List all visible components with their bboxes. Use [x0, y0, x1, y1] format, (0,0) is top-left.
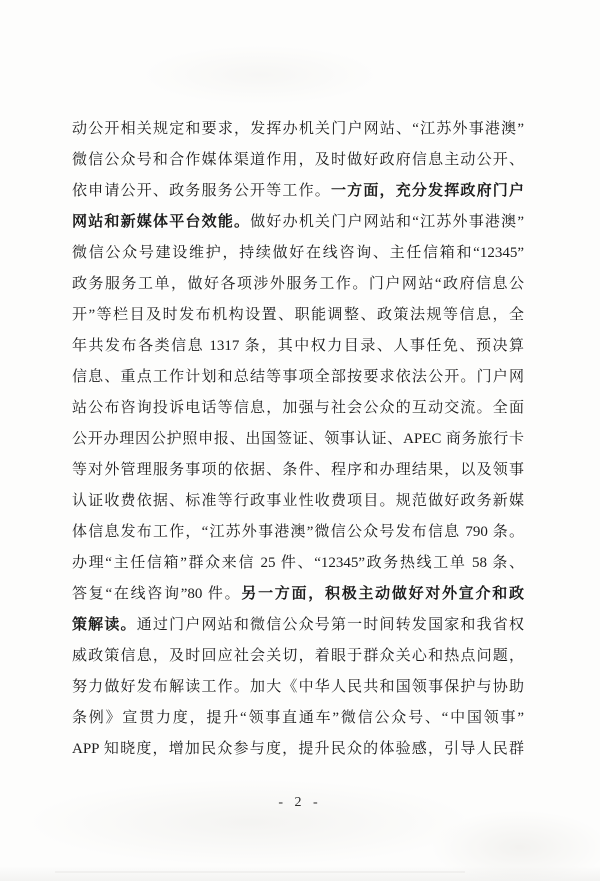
text-line: 年共发布各类信息 1317 条，其中权力目录、人事任免、预决算: [72, 331, 524, 362]
scan-artifact-bottom-edge: [0, 866, 600, 881]
text-segment: 动公开相关规定和要求，发挥办机关门户网站、“江苏外事港澳”: [72, 121, 524, 137]
text-segment: 办理“主任信箱”群众来信 25 件、“12345”政务热线工单 58 条、: [72, 555, 524, 571]
text-line: 动公开相关规定和要求，发挥办机关门户网站、“江苏外事港澳”: [72, 114, 524, 145]
text-segment: 条例》宣贯力度，提升“领事直通车”微信公众号、“中国领事”: [72, 710, 524, 726]
text-line: 网站和新媒体平台效能。做好办机关门户网站和“江苏外事港澳”: [72, 207, 524, 238]
text-segment: 通过门户网站和微信公众号第一时间转发国家和我省权: [137, 617, 524, 633]
text-segment-bold: 一方面，充分发挥政府门户: [331, 183, 524, 199]
text-line: 答复“在线咨询”80 件。另一方面，积极主动做好对外宣介和政: [72, 579, 524, 610]
text-line: 体信息发布工作，“江苏外事港澳”微信公众号发布信息 790 条。: [72, 517, 524, 548]
text-line: APP 知晓度，增加民众参与度，提升民众的体验感，引导人民群: [72, 734, 524, 765]
text-line: 信息、重点工作计划和总结等事项全部按要求依法公开。门户网: [72, 362, 524, 393]
text-segment: 依申请公开、政务服务公开等工作。: [72, 183, 331, 199]
text-segment: 认证收费依据、标准等行政事业性收费项目。规范做好政务新媒: [72, 493, 524, 509]
text-segment-bold: 网站和新媒体平台效能。: [72, 214, 250, 230]
text-line: 等对外管理服务事项的依据、条件、程序和办理结果，以及领事: [72, 455, 524, 486]
text-line: 依申请公开、政务服务公开等工作。一方面，充分发挥政府门户: [72, 176, 524, 207]
text-segment: 微信公众号建设维护，持续做好在线咨询、主任信箱和“12345”: [72, 245, 524, 261]
text-line: 微信公众号和合作媒体渠道作用，及时做好政府信息主动公开、: [72, 145, 524, 176]
text-line: 认证收费依据、标准等行政事业性收费项目。规范做好政务新媒: [72, 486, 524, 517]
text-segment: 答复“在线咨询”80 件。: [72, 586, 241, 602]
text-segment: 政务服务工单，做好各项涉外服务工作。门户网站“政府信息公: [72, 276, 524, 292]
scan-artifact-bottom-right: [430, 810, 600, 881]
text-segment: 公开办理因公护照申报、出国签证、领事认证、APEC 商务旅行卡: [72, 431, 524, 447]
text-line: 条例》宣贯力度，提升“领事直通车”微信公众号、“中国领事”: [72, 703, 524, 734]
text-segment: 体信息发布工作，“江苏外事港澳”微信公众号发布信息 790 条。: [72, 524, 524, 540]
text-segment-bold: 策解读。: [72, 617, 137, 633]
text-segment: 信息、重点工作计划和总结等事项全部按要求依法公开。门户网: [72, 369, 524, 385]
text-segment: 威政策信息，及时回应社会关切，着眼于群众关心和热点问题，: [72, 648, 524, 664]
text-segment: APP 知晓度，增加民众参与度，提升民众的体验感，引导人民群: [72, 741, 524, 757]
text-segment: 做好办机关门户网站和“江苏外事港澳”: [250, 214, 524, 230]
text-line: 政务服务工单，做好各项涉外服务工作。门户网站“政府信息公: [72, 269, 524, 300]
text-line: 公开办理因公护照申报、出国签证、领事认证、APEC 商务旅行卡: [72, 424, 524, 455]
text-segment: 站公布咨询投诉电话等信息，加强与社会公众的互动交流。全面: [72, 400, 524, 416]
page-number: - 2 -: [0, 795, 600, 811]
text-line: 威政策信息，及时回应社会关切，着眼于群众关心和热点问题，: [72, 641, 524, 672]
scan-artifact-top-smudge: [140, 45, 380, 105]
text-segment-bold: 另一方面，积极主动做好对外宣介和政: [241, 586, 524, 602]
text-segment: 年共发布各类信息 1317 条，其中权力目录、人事任免、预决算: [72, 338, 524, 354]
text-line: 办理“主任信箱”群众来信 25 件、“12345”政务热线工单 58 条、: [72, 548, 524, 579]
text-segment: 微信公众号和合作媒体渠道作用，及时做好政府信息主动公开、: [72, 152, 524, 168]
document-body-text: 动公开相关规定和要求，发挥办机关门户网站、“江苏外事港澳” 微信公众号和合作媒体…: [72, 114, 524, 765]
text-segment: 等对外管理服务事项的依据、条件、程序和办理结果，以及领事: [72, 462, 524, 478]
scanned-document-page: 动公开相关规定和要求，发挥办机关门户网站、“江苏外事港澳” 微信公众号和合作媒体…: [0, 0, 600, 881]
text-line: 开”等栏目及时发布机构设置、职能调整、政策法规等信息，全: [72, 300, 524, 331]
text-line: 微信公众号建设维护，持续做好在线咨询、主任信箱和“12345”: [72, 238, 524, 269]
text-line: 努力做好发布解读工作。加大《中华人民共和国领事保护与协助: [72, 672, 524, 703]
text-segment: 开”等栏目及时发布机构设置、职能调整、政策法规等信息，全: [72, 307, 524, 323]
text-line: 策解读。通过门户网站和微信公众号第一时间转发国家和我省权: [72, 610, 524, 641]
scan-artifact-fold-line: [55, 871, 465, 873]
text-segment: 努力做好发布解读工作。加大《中华人民共和国领事保护与协助: [72, 679, 524, 695]
text-line: 站公布咨询投诉电话等信息，加强与社会公众的互动交流。全面: [72, 393, 524, 424]
scan-artifact-bottom-left: [30, 780, 470, 865]
